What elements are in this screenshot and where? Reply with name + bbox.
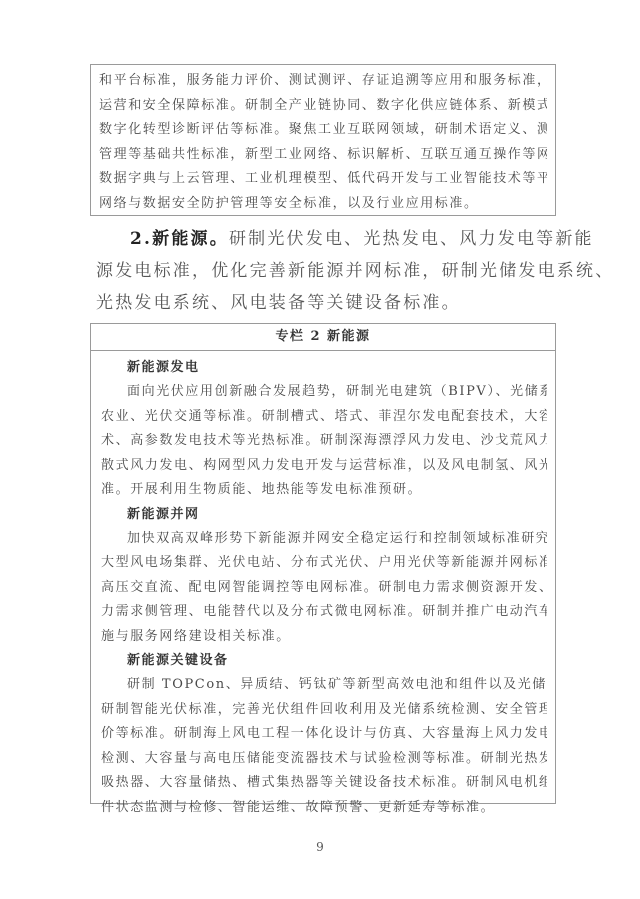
box-line: 高压交直流、配电网智能调控等电网标准。研制电力需求侧资源开发、应用等电 bbox=[101, 576, 547, 601]
box-line: 吸热器、大容量储热、槽式集热器等关键设备技术标准。研制风电机组及关键部 bbox=[101, 771, 547, 796]
section-heading: 新能源并网 bbox=[101, 503, 547, 527]
column-box-new-energy: 专栏 2 新能源 新能源发电 面向光伏应用创新融合发展趋势，研制光电建筑（BIP… bbox=[90, 323, 556, 804]
box-line: 散式风力发电、构网型风力发电开发与运营标准，以及风电制氢、风光一体化标 bbox=[101, 454, 547, 479]
box-line: 检测、大容量与高电压储能变流器技术与试验检测等标准。研制光热发电系统中 bbox=[101, 747, 547, 772]
box-line: 网络与数据安全防护管理等安全标准，以及行业应用标准。 bbox=[99, 192, 547, 217]
box-line: 和平台标准，服务能力评价、测试测评、存证追溯等应用和服务标准，以及开发 bbox=[99, 69, 547, 94]
box-line: 准。开展利用生物质能、地热能等发电标准预研。 bbox=[101, 478, 547, 503]
body-paragraph-line: 光热发电系统、风电装备等关键设备标准。 bbox=[96, 288, 556, 319]
body-paragraph-line: 源发电标准，优化完善新能源并网标准，研制光储发电系统、 bbox=[96, 256, 556, 287]
box-line: 大型风电场集群、光伏电站、分布式光伏、户用光伏等新能源并网标准。研制特 bbox=[101, 551, 547, 576]
box-line: 研制智能光伏标准，完善光伏组件回收利用及光储系统检测、安全管理、状态评 bbox=[101, 698, 547, 723]
box-line: 价等标准。研制海上风电工程一体化设计与仿真、大容量海上风力发电机组试验 bbox=[101, 722, 547, 747]
column-title: 专栏 2 新能源 bbox=[91, 324, 555, 351]
section-lead: 2.新能源。 bbox=[130, 229, 229, 249]
body-paragraph-line: 2.新能源。研制光伏发电、光热发电、风力发电等新能 bbox=[96, 224, 556, 255]
box-line: 施与服务网络建设相关标准。 bbox=[101, 625, 547, 650]
section-heading: 新能源关键设备 bbox=[101, 649, 547, 673]
box-line: 面向光伏应用创新融合发展趋势，研制光电建筑（BIPV）、光储系统、光伏 bbox=[101, 380, 547, 405]
box-line: 管理等基础共性标准，新型工业网络、标识解析、互联互通互操作等网络标准， bbox=[99, 143, 547, 168]
box-line: 农业、光伏交通等标准。研制槽式、塔式、菲涅尔发电配套技术，大容量储热技 bbox=[101, 405, 547, 430]
box-line: 运营和安全保障标准。研制全产业链协同、数字化供应链体系、新模式新业态、 bbox=[99, 94, 547, 119]
box-line: 数字化转型诊断评估等标准。聚焦工业互联网领域，研制术语定义、测试与评估、 bbox=[99, 118, 547, 143]
paragraph-text: 研制光伏发电、光热发电、风力发电等新能 bbox=[229, 229, 594, 249]
box-line: 数据字典与上云管理、工业机理模型、低代码开发与工业智能技术等平台标准， bbox=[99, 167, 547, 192]
box-line: 件状态监测与检修、智能运维、故障预警、更新延寿等标准。 bbox=[101, 796, 547, 821]
continued-text-box: 和平台标准，服务能力评价、测试测评、存证追溯等应用和服务标准，以及开发 运营和安… bbox=[90, 64, 556, 216]
page-number: 9 bbox=[0, 840, 640, 854]
box-line: 力需求侧管理、电能替代以及分布式微电网标准。研制并推广电动汽车充换电设 bbox=[101, 600, 547, 625]
box-line: 研制 TOPCon、异质结、钙钛矿等新型高效电池和组件以及光储部件等标准。 bbox=[101, 673, 547, 698]
box-line: 术、高参数发电技术等光热标准。研制深海漂浮风力发电、沙戈荒风力发电、分 bbox=[101, 429, 547, 454]
section-heading: 新能源发电 bbox=[101, 356, 547, 380]
box-line: 加快双高双峰形势下新能源并网安全稳定运行和控制领域标准研究，制修订 bbox=[101, 527, 547, 552]
